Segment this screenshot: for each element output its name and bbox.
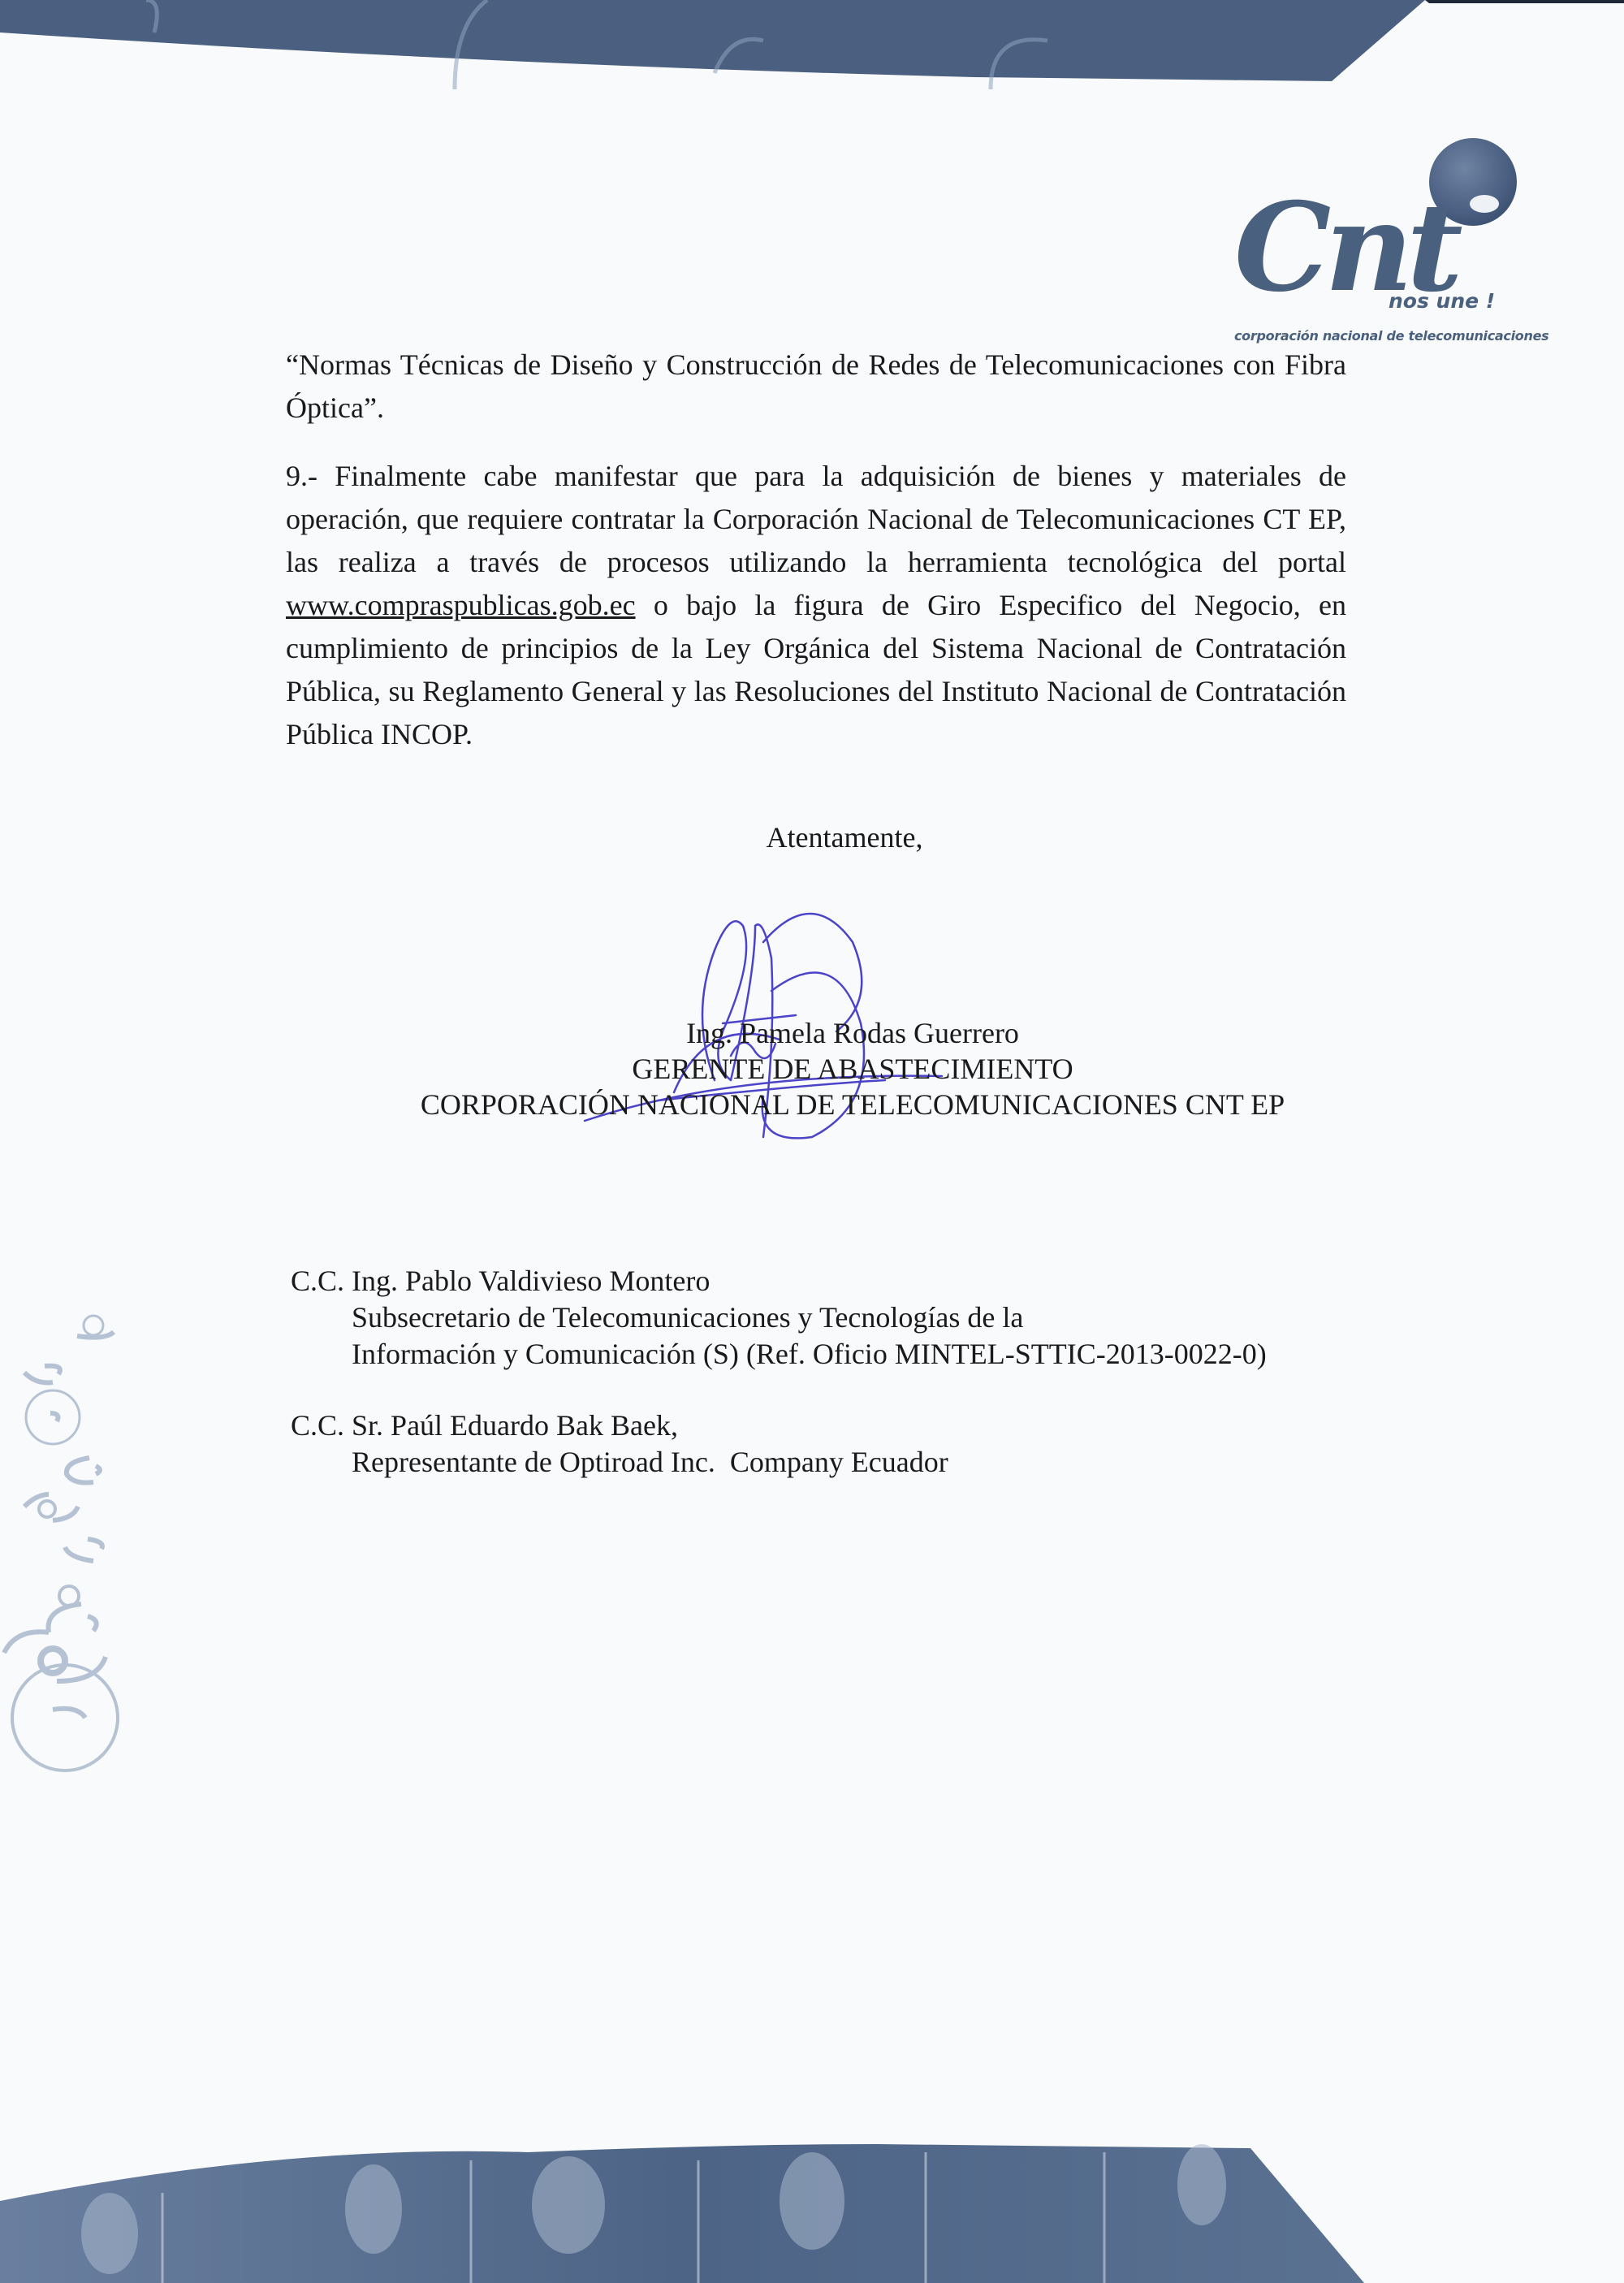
cc-recipient-1: C.C. Ing. Pablo Valdivieso Montero Subse… [291,1263,1267,1373]
cc-1-name: C.C. Ing. Pablo Valdivieso Montero [291,1263,1267,1299]
signatory-name: Ing. Pamela Rodas Guerrero [309,1015,1397,1051]
cc-recipient-2: C.C. Sr. Paúl Eduardo Bak Baek, Represen… [291,1407,948,1481]
paragraph-norms: “Normas Técnicas de Diseño y Construcció… [286,344,1346,430]
paragraph-9-text: 9.- Finalmente cabe manifestar que para … [286,460,1346,578]
letterhead-header-band [0,0,1624,97]
cc-1-role: Subsecretario de Telecomunicaciones y Te… [291,1299,1267,1336]
signatory-title: GERENTE DE ABASTECIMIENTO [309,1051,1397,1087]
decorative-swirls [0,1299,162,2152]
cc-2-name: C.C. Sr. Paúl Eduardo Bak Baek, [291,1407,948,1444]
cc-2-role: Representante de Optiroad Inc. Company E… [291,1444,948,1481]
cc-1-reference: Información y Comunicación (S) (Ref. Ofi… [291,1336,1267,1373]
logo-organization: corporación nacional de telecomunicacion… [1234,328,1548,344]
paragraph-9: 9.- Finalmente cabe manifestar que para … [286,455,1346,756]
logo-slogan: nos une ! [1389,289,1495,313]
closing-salutation: Atentamente, [0,820,1624,854]
footer-photo-band [0,2112,1624,2283]
cnt-logo: Cnt nos une ! corporación nacional de te… [1234,138,1543,349]
signatory-block: Ing. Pamela Rodas Guerrero GERENTE DE AB… [309,1015,1397,1122]
compraspublicas-link[interactable]: www.compraspublicas.gob.ec [286,589,636,621]
signatory-organization: CORPORACIÓN NACIONAL DE TELECOMUNICACION… [309,1087,1397,1122]
